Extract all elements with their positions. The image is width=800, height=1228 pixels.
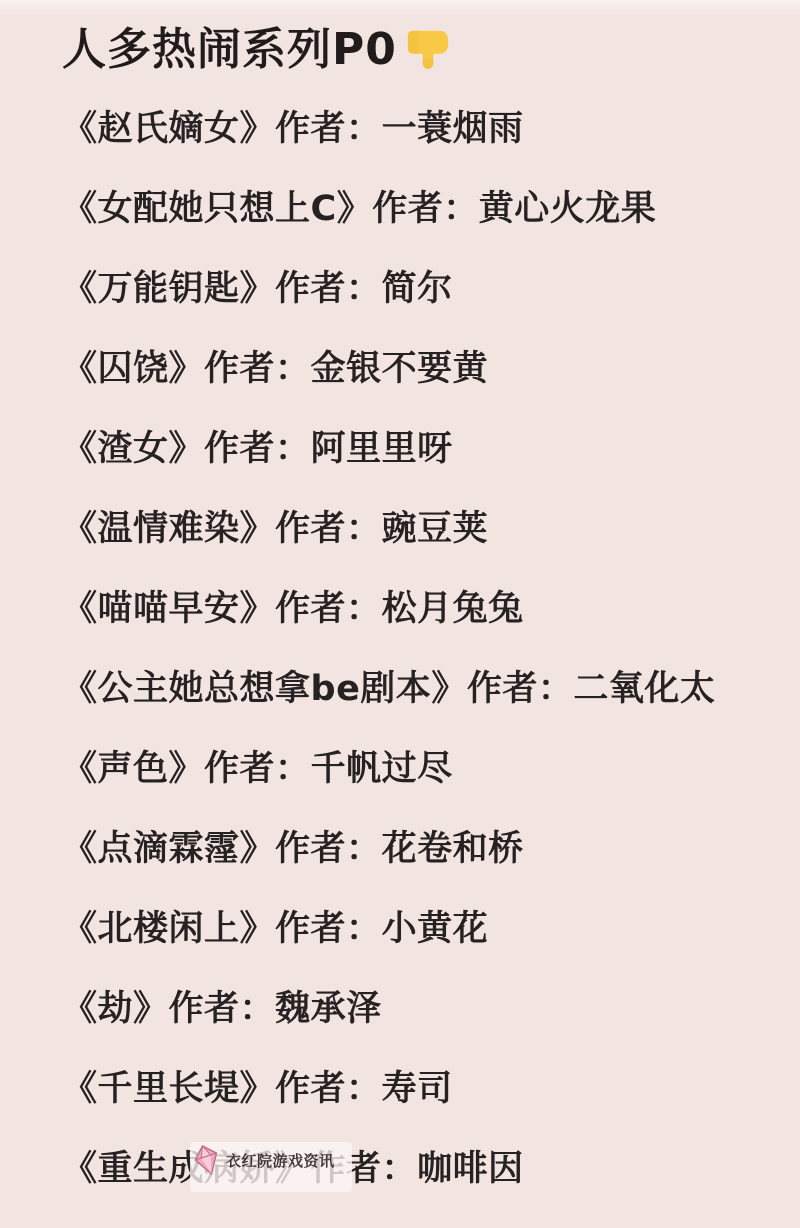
bracket-open: 《 [62, 261, 98, 311]
book-entry: 《北楼闲上》作者：小黄花 [62, 886, 770, 966]
author-label: 作者： [204, 341, 311, 391]
book-title: 万能钥匙 [98, 261, 240, 311]
book-title: 北楼闲上 [98, 901, 240, 951]
author-label: 作者： [275, 581, 382, 631]
author-name: 松月兔兔 [382, 581, 524, 631]
book-entry: 《千里长堤》作者：寿司 [62, 1046, 770, 1126]
bracket-open: 《 [62, 741, 98, 791]
bracket-close: 》 [240, 261, 276, 311]
author-name: 千帆过尽 [311, 741, 453, 791]
author-label: 作者： [275, 821, 382, 871]
book-entry: 《万能钥匙》作者：简尔 [62, 246, 770, 326]
author-name: 咖啡因 [417, 1141, 524, 1191]
author-name: 寿司 [382, 1061, 453, 1111]
watermark-text: 衣红院游戏资讯 [226, 1150, 335, 1171]
book-title: 温情难染 [98, 501, 240, 551]
book-title: 女配她只想上C [98, 181, 337, 231]
booklist-page: 人多热闹系列P0 《赵氏嫡女》作者：一蓑烟雨 《女配她只想上C》作者：黄心火龙果… [0, 0, 800, 1228]
author-label: 作者： [275, 501, 382, 551]
bracket-open: 《 [62, 501, 98, 551]
watermark: 衣红院游戏资讯 [190, 1142, 352, 1192]
book-entry: 《公主她总想拿be剧本》作者：二氧化太 [62, 646, 770, 726]
book-title: 公主她总想拿be剧本 [98, 661, 432, 711]
bracket-open: 《 [62, 661, 98, 711]
bracket-close: 》 [169, 341, 205, 391]
author-name: 魏承泽 [275, 981, 382, 1031]
backhand-index-pointing-down-icon [405, 25, 451, 71]
author-label: 作者： [204, 741, 311, 791]
bracket-close: 》 [240, 821, 276, 871]
author-name: 阿里里呀 [311, 421, 453, 471]
book-title: 声色 [98, 741, 169, 791]
bracket-close: 》 [240, 501, 276, 551]
bracket-open: 《 [62, 821, 98, 871]
bracket-close: 》 [240, 101, 276, 151]
book-entry: 《温情难染》作者：豌豆荚 [62, 486, 770, 566]
book-title: 点滴霖霪 [98, 821, 240, 871]
author-name: 小黄花 [382, 901, 489, 951]
book-title: 喵喵早安 [98, 581, 240, 631]
author-name: 豌豆荚 [382, 501, 489, 551]
book-list: 《赵氏嫡女》作者：一蓑烟雨 《女配她只想上C》作者：黄心火龙果 《万能钥匙》作者… [62, 86, 770, 1206]
author-name: 花卷和桥 [382, 821, 524, 871]
author-name: 二氧化太 [573, 661, 715, 711]
author-label: 作者： [372, 181, 479, 231]
page-title-text: 人多热闹系列P0 [62, 13, 397, 77]
bracket-close: 》 [240, 901, 276, 951]
author-name: 一蓑烟雨 [382, 101, 524, 151]
book-entry: 《赵氏嫡女》作者：一蓑烟雨 [62, 86, 770, 166]
book-entry: 《声色》作者：千帆过尽 [62, 726, 770, 806]
author-label: 作者： [275, 261, 382, 311]
bracket-open: 《 [62, 981, 98, 1031]
bracket-close: 》 [169, 741, 205, 791]
author-name: 金银不要黄 [311, 341, 489, 391]
author-label: 作者： [169, 981, 276, 1031]
book-entry: 《点滴霖霪》作者：花卷和桥 [62, 806, 770, 886]
bracket-open: 《 [62, 181, 98, 231]
book-entry: 《女配她只想上C》作者：黄心火龙果 [62, 166, 770, 246]
book-title: 赵氏嫡女 [98, 101, 240, 151]
author-label: 作者： [275, 1061, 382, 1111]
bracket-close: 》 [337, 181, 373, 231]
page-title: 人多热闹系列P0 [62, 14, 770, 76]
bracket-close: 》 [133, 981, 169, 1031]
bracket-close: 》 [431, 661, 467, 711]
book-entry: 《囚饶》作者：金银不要黄 [62, 326, 770, 406]
book-entry: 《喵喵早安》作者：松月兔兔 [62, 566, 770, 646]
book-title: 劫 [98, 981, 134, 1031]
book-entry: 《渣女》作者：阿里里呀 [62, 406, 770, 486]
book-title: 渣女 [98, 421, 169, 471]
author-name: 简尔 [382, 261, 453, 311]
pink-gem-icon [188, 1140, 226, 1180]
author-label: 作者： [467, 661, 574, 711]
book-title: 千里长堤 [98, 1061, 240, 1111]
bracket-open: 《 [62, 901, 98, 951]
bracket-open: 《 [62, 341, 98, 391]
author-label: 作者： [275, 901, 382, 951]
author-label: 作者： [204, 421, 311, 471]
bracket-close: 》 [169, 421, 205, 471]
bracket-open: 《 [62, 1061, 98, 1111]
book-entry: 《重生成病娇》作者：咖啡因 [62, 1126, 770, 1206]
bracket-open: 《 [62, 421, 98, 471]
author-label: 作者： [275, 101, 382, 151]
book-title: 囚饶 [98, 341, 169, 391]
bracket-close: 》 [240, 1061, 276, 1111]
bracket-open: 《 [62, 101, 98, 151]
bracket-close: 》 [240, 581, 276, 631]
bracket-open: 《 [62, 1141, 98, 1191]
author-name: 黄心火龙果 [479, 181, 657, 231]
book-entry: 《劫》作者：魏承泽 [62, 966, 770, 1046]
bracket-open: 《 [62, 581, 98, 631]
